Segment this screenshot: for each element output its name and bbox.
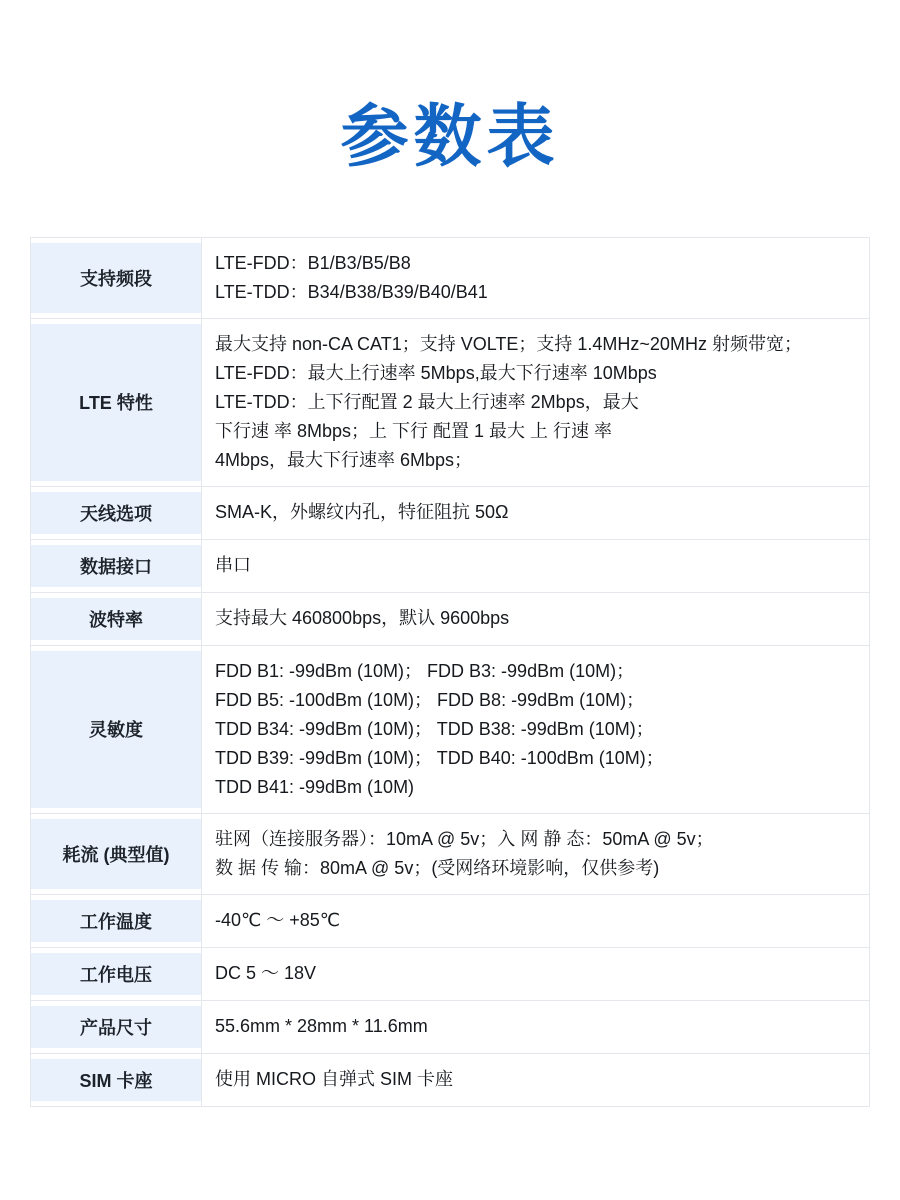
table-row: 波特率 支持最大 460800bps，默认 9600bps [31, 593, 869, 646]
spec-label: SIM 卡座 [31, 1054, 201, 1106]
spec-value: -40℃ ～ +85℃ [201, 895, 869, 947]
spec-label: 工作电压 [31, 948, 201, 1000]
table-row: 工作温度 -40℃ ～ +85℃ [31, 895, 869, 948]
spec-value: DC 5 ～ 18V [201, 948, 869, 1000]
spec-label: 天线选项 [31, 487, 201, 539]
spec-value: 支持最大 460800bps，默认 9600bps [201, 593, 869, 645]
spec-value: SMA-K，外螺纹内孔，特征阻抗 50Ω [201, 487, 869, 539]
spec-value: FDD B1: -99dBm (10M)； FDD B3: -99dBm (10… [201, 646, 869, 813]
page-title: 参数表 [0, 0, 900, 175]
spec-value: 驻网（连接服务器）：10mA @ 5v；入 网 静 态：50mA @ 5v； 数… [201, 814, 869, 894]
spec-label: 波特率 [31, 593, 201, 645]
spec-label: LTE 特性 [31, 319, 201, 486]
spec-label: 工作温度 [31, 895, 201, 947]
spec-table: 支持频段 LTE-FDD：B1/B3/B5/B8 LTE-TDD：B34/B38… [30, 237, 870, 1107]
spec-value: 使用 MICRO 自弹式 SIM 卡座 [201, 1054, 869, 1106]
spec-label: 耗流 (典型值) [31, 814, 201, 894]
table-row: 产品尺寸 55.6mm * 28mm * 11.6mm [31, 1001, 869, 1054]
table-row: 支持频段 LTE-FDD：B1/B3/B5/B8 LTE-TDD：B34/B38… [31, 238, 869, 319]
spec-label: 灵敏度 [31, 646, 201, 813]
spec-value: LTE-FDD：B1/B3/B5/B8 LTE-TDD：B34/B38/B39/… [201, 238, 869, 318]
spec-value: 串口 [201, 540, 869, 592]
table-row: SIM 卡座 使用 MICRO 自弹式 SIM 卡座 [31, 1054, 869, 1106]
spec-label: 数据接口 [31, 540, 201, 592]
spec-sheet-page: 参数表 支持频段 LTE-FDD：B1/B3/B5/B8 LTE-TDD：B34… [0, 0, 900, 1200]
table-row: 耗流 (典型值) 驻网（连接服务器）：10mA @ 5v；入 网 静 态：50m… [31, 814, 869, 895]
spec-value: 55.6mm * 28mm * 11.6mm [201, 1001, 869, 1053]
spec-label: 支持频段 [31, 238, 201, 318]
table-row: LTE 特性 最大支持 non-CA CAT1；支持 VOLTE；支持 1.4M… [31, 319, 869, 487]
spec-label: 产品尺寸 [31, 1001, 201, 1053]
table-row: 数据接口 串口 [31, 540, 869, 593]
table-row: 工作电压 DC 5 ～ 18V [31, 948, 869, 1001]
table-row: 灵敏度 FDD B1: -99dBm (10M)； FDD B3: -99dBm… [31, 646, 869, 814]
table-row: 天线选项 SMA-K，外螺纹内孔，特征阻抗 50Ω [31, 487, 869, 540]
spec-value: 最大支持 non-CA CAT1；支持 VOLTE；支持 1.4MHz~20MH… [201, 319, 869, 486]
